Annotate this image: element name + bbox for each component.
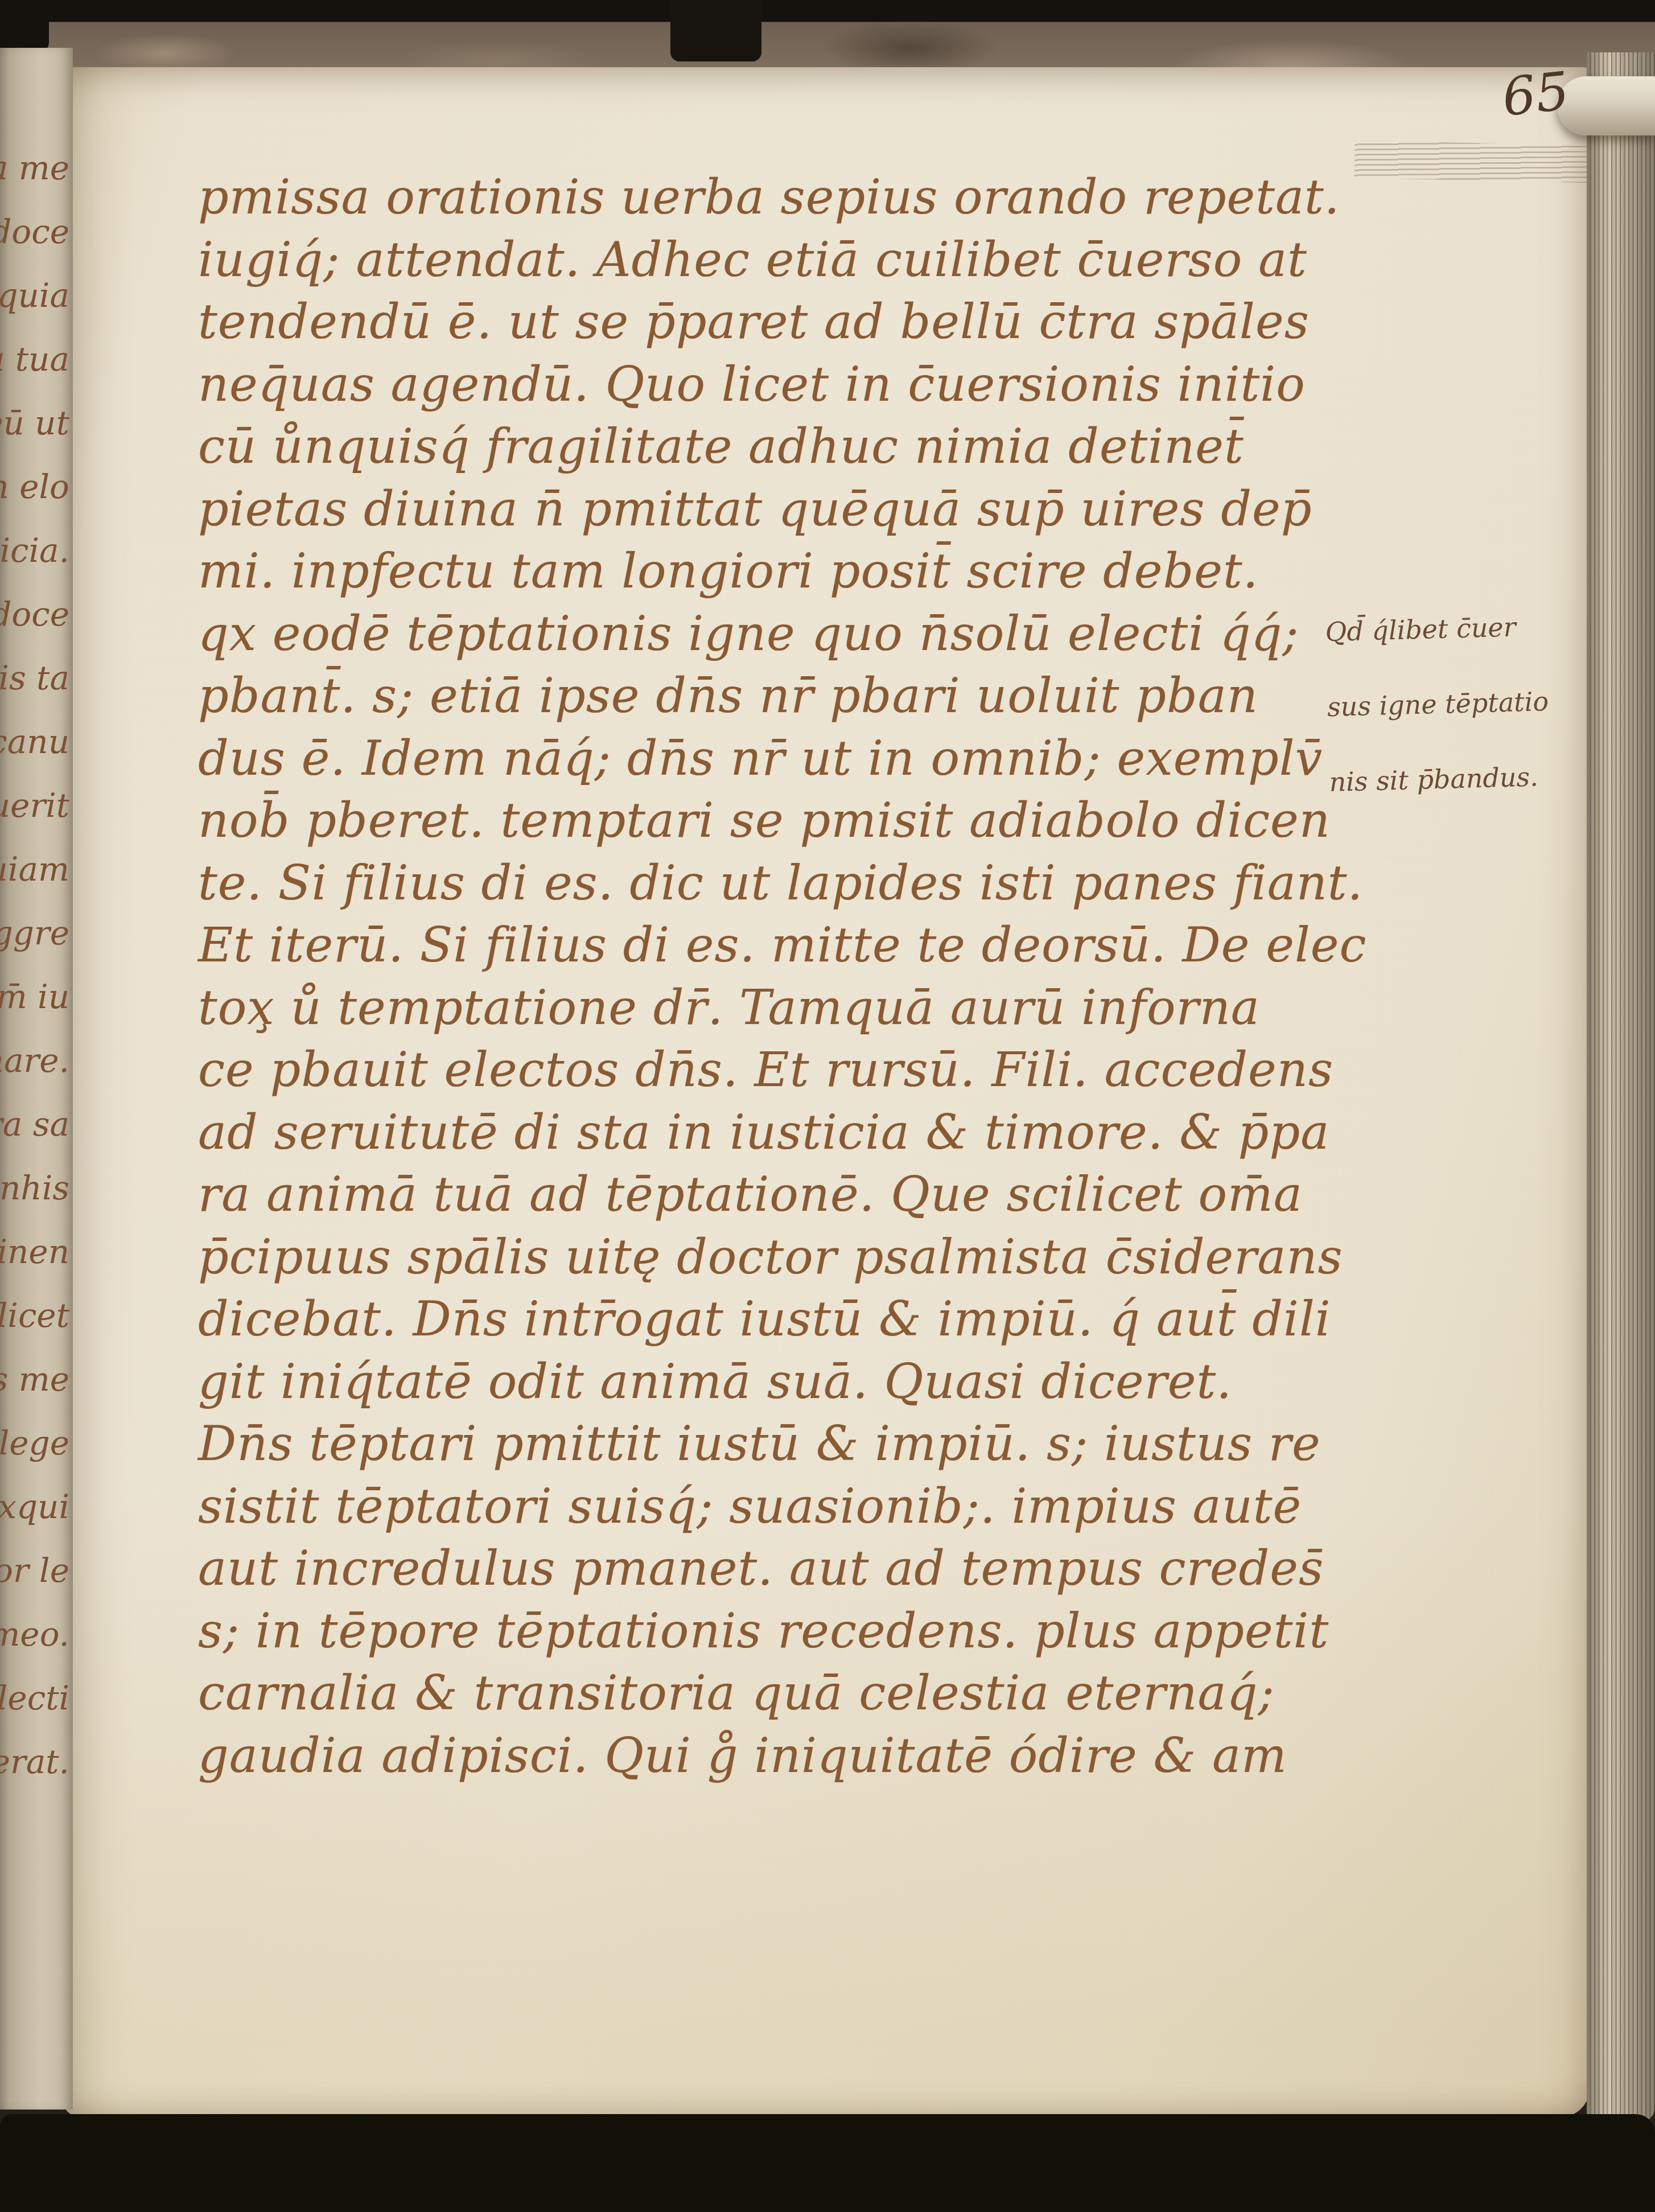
- prev-page-fragment: & exqui: [0, 1475, 69, 1539]
- prev-page-fragment: esiderat.: [0, 1730, 69, 1794]
- text-line: te. Si filius di es. dic ut lapides isti…: [198, 852, 1342, 915]
- text-line: tendendū ē. ut se p̄paret ad bellū c̄tra…: [198, 291, 1342, 353]
- prev-page-fragment: ocanu: [0, 710, 69, 774]
- prev-page-fragment: & lege: [0, 1411, 69, 1475]
- margin-note-line: sus igne tēptatio: [1326, 663, 1595, 745]
- prev-page-fragment: uidelicet: [0, 1284, 69, 1347]
- text-line: nob̄ pberet. temptari se pmisit adiabolo…: [198, 790, 1342, 852]
- prev-page-fragment: minare.: [0, 1029, 69, 1092]
- bookmark-tab: [1557, 76, 1655, 135]
- folio-number: 65: [1500, 60, 1572, 128]
- text-line: cū ůnquisq́ fragilitate adhuc nimia deti…: [198, 416, 1342, 478]
- prev-page-fragment: meū ut: [0, 391, 69, 455]
- text-line: dicebat. Dn̄s intr̄ogat iustū & impiū. q…: [198, 1288, 1342, 1351]
- prev-page-fragment: d uiam: [0, 837, 69, 901]
- prev-page-fragment: tu obtinen: [0, 1220, 69, 1284]
- prev-page-fragments: stigia me tuas doce e me. quia uia tua m…: [0, 136, 69, 1794]
- text-line: ad seruitutē di sta in iusticia & timore…: [198, 1101, 1342, 1164]
- binding-notch: [670, 0, 761, 61]
- book-binding-bottom: [0, 2114, 1655, 2212]
- text-line: iugiq́; attendat. Adhec etiā cuilibet c̄…: [198, 229, 1342, 291]
- prev-page-fragment: stigia me: [0, 136, 69, 200]
- margin-note-line: Qd̄ q́libet c̄uer: [1324, 587, 1594, 669]
- text-line: pietas diuina n̄ pmittat quēquā sup̄ uir…: [198, 478, 1342, 541]
- prev-page-fragment: ua dm̄ iu: [0, 965, 69, 1029]
- text-line: qx eodē tēptationis igne quo n̄solū elec…: [198, 603, 1342, 665]
- text-line: ce pbauit electos dn̄s. Et rursū. Fili. …: [198, 1039, 1342, 1101]
- prev-page-fragment: e me. quia: [0, 264, 69, 327]
- margin-note-line: nis sit p̄bandus.: [1328, 738, 1598, 820]
- text-line: aut incredulus pmanet. aut ad tempus cre…: [198, 1537, 1342, 1600]
- prev-page-fragment: sacrā lecti: [0, 1666, 69, 1730]
- prev-page-fragment: culos me: [0, 1347, 69, 1411]
- text-line: p̄cipuus spālis uitę doctor psalmista c̄…: [198, 1226, 1342, 1289]
- text-line: ra animā tuā ad tēptationē. Que scilicet…: [198, 1163, 1342, 1226]
- manuscript-photo: stigia me tuas doce e me. quia uia tua m…: [0, 0, 1655, 2212]
- prev-page-fragment: & doce: [0, 582, 69, 646]
- margin-note: Qd̄ q́libet c̄uer sus igne tēptatio nis …: [1324, 587, 1598, 820]
- text-line: Dn̄s tēptari pmittit iustū & impiū. s; i…: [198, 1413, 1342, 1475]
- prev-page-edge: stigia me tuas doce e me. quia uia tua m…: [0, 48, 73, 2110]
- prev-page-fragment: e meo.: [0, 1602, 69, 1666]
- prev-page-fragment: us fuerit: [0, 774, 69, 837]
- prev-page-fragment: scd̄m elo: [0, 455, 69, 519]
- text-line: s; in tēpore tēptationis recedens. plus …: [198, 1600, 1342, 1663]
- prev-page-fragment: tabor le: [0, 1539, 69, 1602]
- binding-corner-shadow: [0, 0, 49, 54]
- text-line: mi. inpfectu tam longiori posit̄ scire d…: [198, 540, 1342, 603]
- text-line: pmissa orationis uerba sepius orando rep…: [198, 166, 1342, 229]
- prev-page-fragment: uia tua: [0, 327, 69, 391]
- text-line: dus ē. Idem nāq́; dn̄s nr̄ ut in omnib; …: [198, 727, 1342, 790]
- fore-edge: [1587, 52, 1655, 2122]
- text-line: git iniq́tatē odit animā suā. Quasi dice…: [198, 1351, 1342, 1413]
- text-line: Et iterū. Si filius di es. mitte te deor…: [198, 914, 1342, 977]
- text-line: pbant̄. s; etiā ipse dn̄s nr̄ pbari uolu…: [198, 665, 1342, 727]
- prev-page-fragment: nit inhis: [0, 1156, 69, 1220]
- main-text-block: pmissa orationis uerba sepius orando rep…: [198, 166, 1342, 1787]
- prev-page-fragment: ptura sa: [0, 1092, 69, 1156]
- prev-page-fragment: tis aggre: [0, 901, 69, 965]
- text-line: gaudia adipisci. Qui g̊ iniquitatē ódire…: [198, 1725, 1342, 1787]
- text-line: neq̄uas agendū. Quo licet in c̄uersionis…: [198, 353, 1342, 416]
- text-line: sistit tēptatori suisq́; suasionib;. imp…: [198, 1475, 1342, 1538]
- prev-page-fragment: tuas doce: [0, 200, 69, 264]
- text-line: tox̧ ů temptatione dr̄. Tamquā aurū info…: [198, 977, 1342, 1039]
- prev-page-fragment: iusticia.: [0, 519, 69, 582]
- text-line: carnalia & transitoria quā celestia eter…: [198, 1662, 1342, 1725]
- prev-page-fragment: onis ta: [0, 646, 69, 710]
